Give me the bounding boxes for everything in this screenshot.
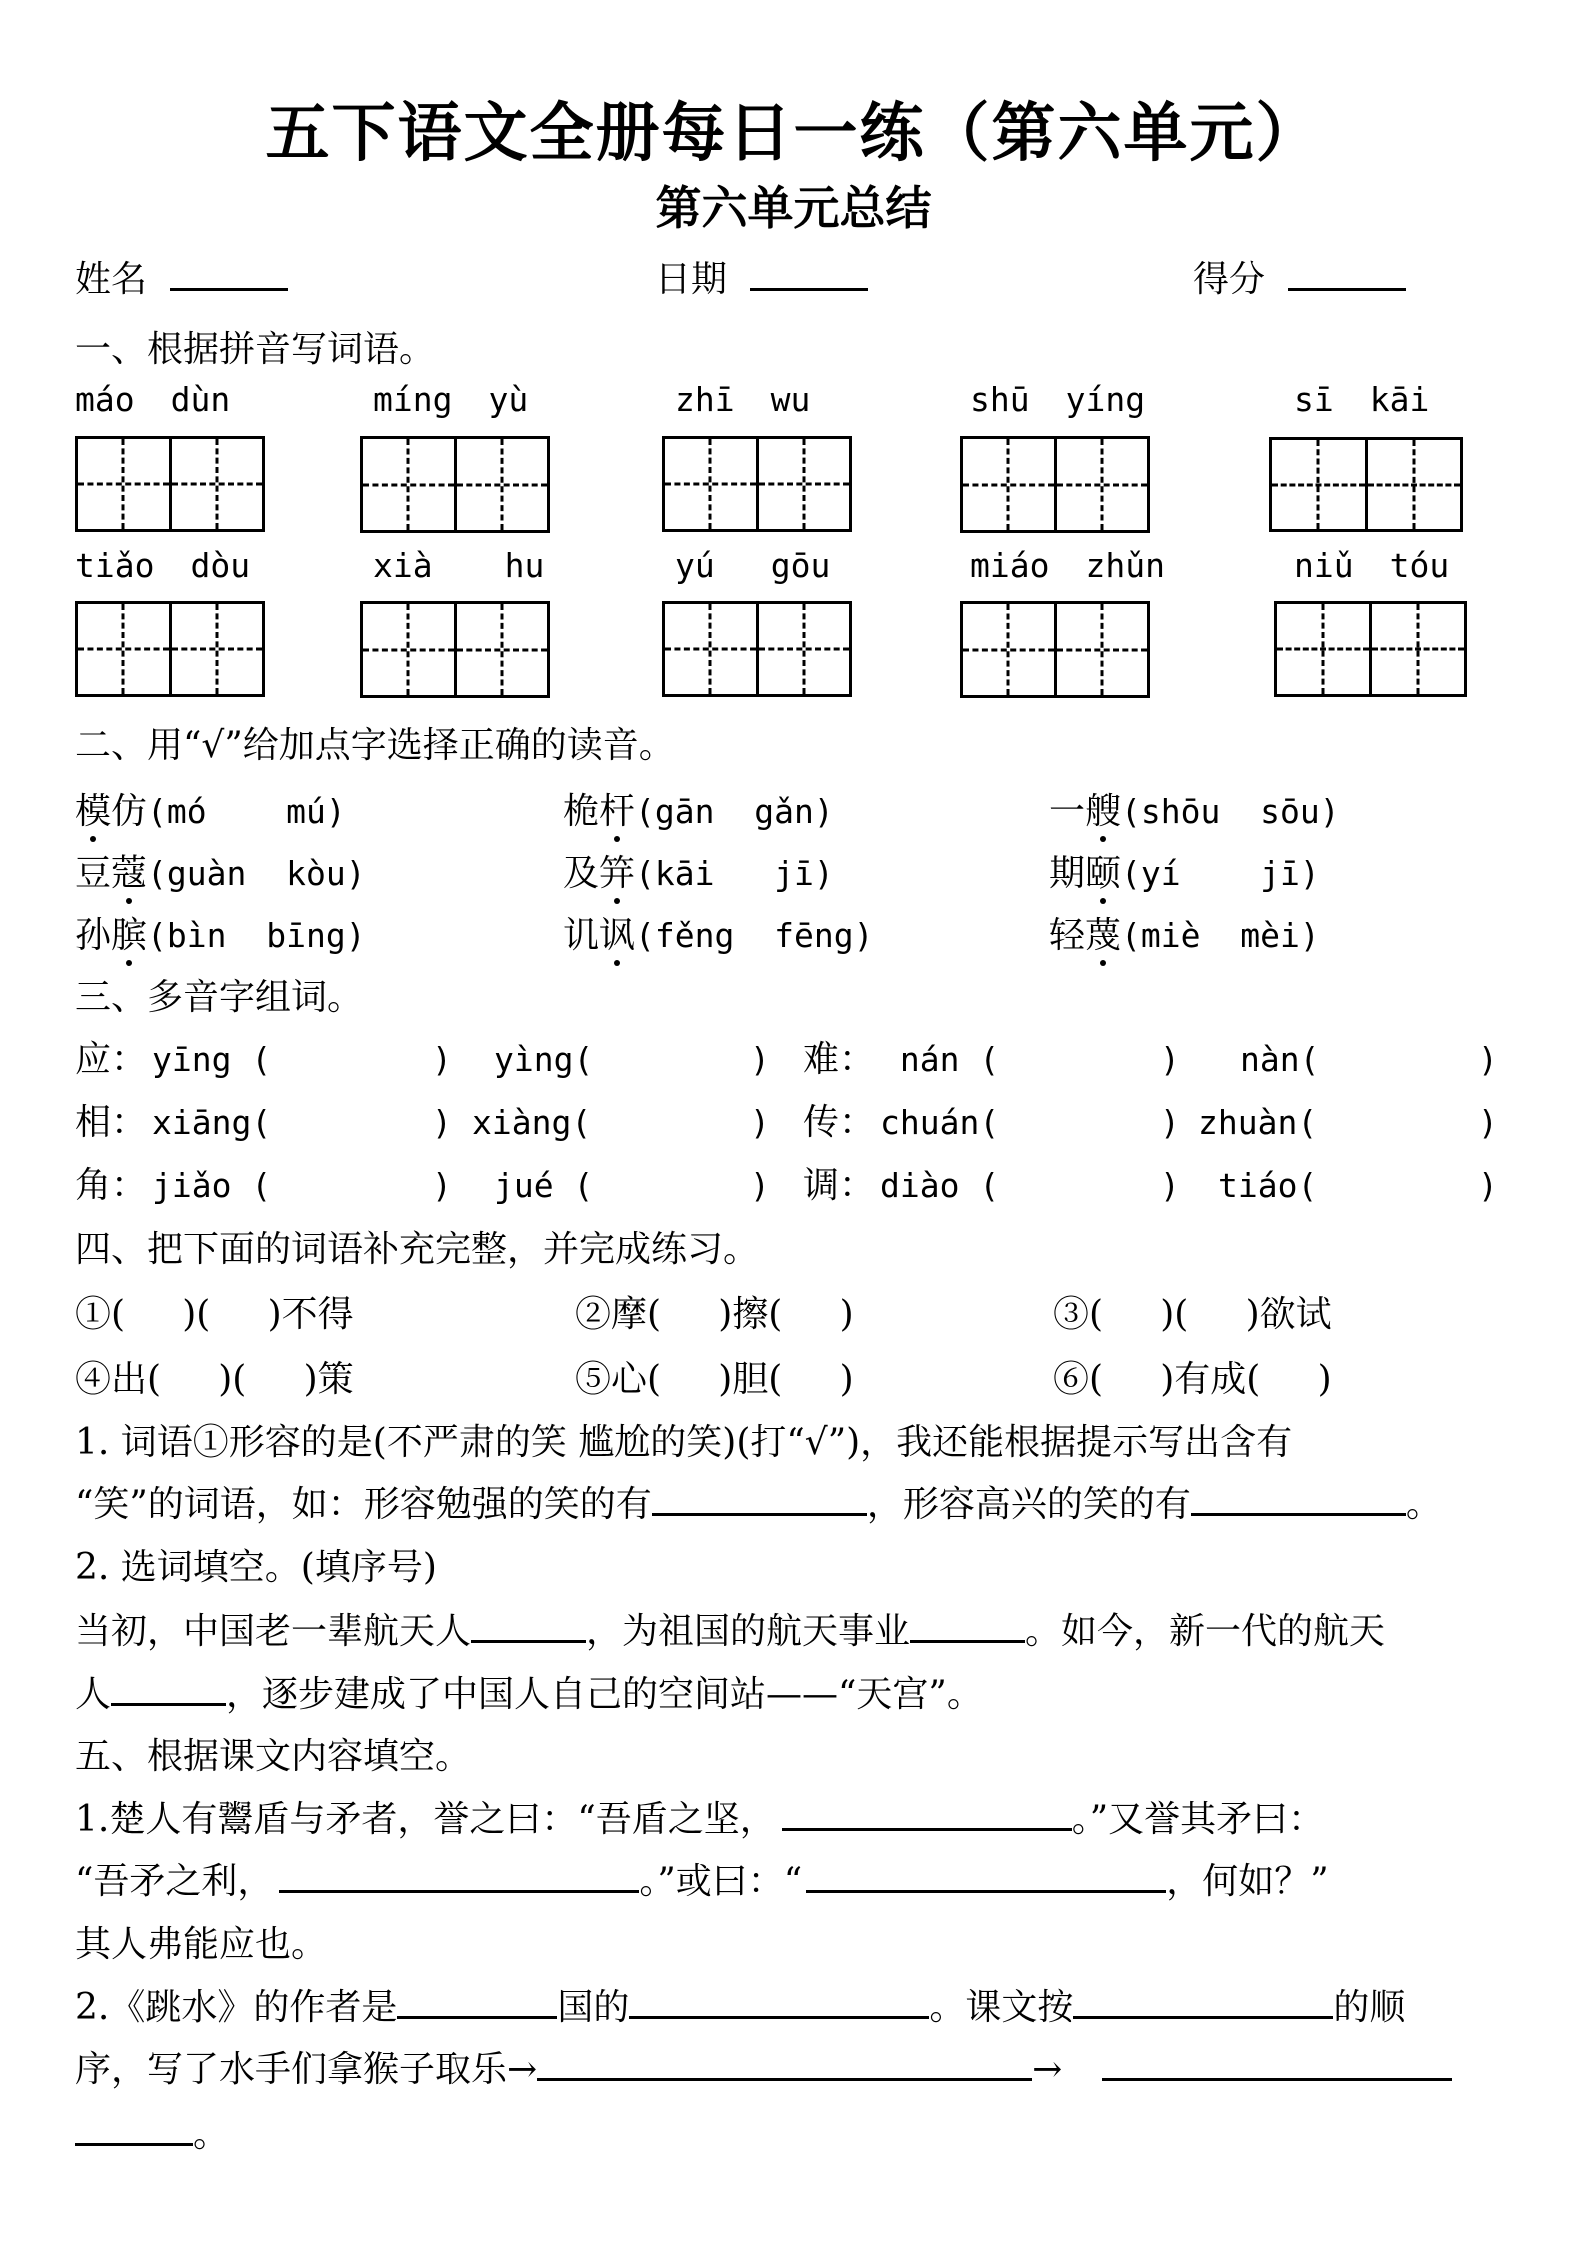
paren-close[interactable]: ) xyxy=(750,1038,770,1082)
idiom-fill[interactable]: ⑤心( )胆( ) xyxy=(575,1358,854,1402)
polyphone-char: 角： xyxy=(75,1164,147,1208)
section4-heading: 四、把下面的词语补充完整，并完成练习。 xyxy=(75,1228,759,1272)
question-text: “笑”的词语，如：形容勉强的笑的有，形容高兴的笑的有。 xyxy=(75,1483,1442,1527)
paren-close[interactable]: ) xyxy=(432,1038,452,1082)
reading-choice-item[interactable]: 轻蔑(miè mèi) xyxy=(1049,914,1320,958)
paren-close[interactable]: ) xyxy=(432,1164,452,1208)
writing-grid[interactable] xyxy=(360,436,550,533)
reading-choice-item[interactable]: 及笄(kāi jī) xyxy=(563,852,834,896)
polyphone-reading: xiāng( xyxy=(152,1101,271,1145)
idiom-fill[interactable]: ⑥( )有成( ) xyxy=(1053,1358,1332,1402)
section1-heading: 一、根据拼音写词语。 xyxy=(75,328,435,372)
reading-choice-item[interactable]: 讥讽(fěng fēng) xyxy=(563,914,873,958)
answer-blank[interactable] xyxy=(629,1986,929,2019)
polyphone-reading: yīng ( xyxy=(152,1038,271,1082)
writing-grid[interactable] xyxy=(662,436,852,532)
writing-grid[interactable] xyxy=(960,601,1150,698)
polyphone-reading: nàn( xyxy=(1240,1038,1319,1082)
pinyin-label: miáozhǔn xyxy=(970,546,1165,585)
reading-choice-item[interactable]: 模仿(mó mú) xyxy=(75,790,346,834)
writing-grid[interactable] xyxy=(360,601,550,698)
polyphone-reading: jué ( xyxy=(494,1164,593,1208)
pinyin-label: xiàhu xyxy=(373,546,544,585)
polyphone-char: 相： xyxy=(75,1101,147,1145)
paren-close[interactable]: ) xyxy=(1478,1038,1498,1082)
question-text: “吾矛之利，。”或曰：“，何如？” xyxy=(75,1860,1329,1904)
writing-grid[interactable] xyxy=(75,601,265,697)
writing-grid[interactable] xyxy=(1274,601,1467,697)
idiom-fill[interactable]: ③( )( )欲试 xyxy=(1053,1293,1332,1337)
pinyin-label: sīkāi xyxy=(1294,380,1429,419)
paren-close[interactable]: ) xyxy=(1478,1164,1498,1208)
page-subtitle: 第六单元总结 xyxy=(0,172,1587,238)
section5-heading: 五、根据课文内容填空。 xyxy=(75,1735,471,1779)
polyphone-char: 应： xyxy=(75,1038,147,1082)
pinyin-label: shūyíng xyxy=(970,380,1145,419)
date-blank[interactable] xyxy=(750,258,868,291)
polyphone-char: 调： xyxy=(803,1164,875,1208)
answer-blank[interactable] xyxy=(1191,1483,1406,1516)
question-text: 2.《跳水》的作者是国的。课文按的顺 xyxy=(75,1986,1405,2030)
polyphone-reading: yìng( xyxy=(494,1038,593,1082)
writing-grid[interactable] xyxy=(662,601,852,697)
writing-grid[interactable] xyxy=(75,436,265,532)
pinyin-label: tiǎodòu xyxy=(75,546,250,585)
paren-close[interactable]: ) xyxy=(750,1164,770,1208)
answer-blank[interactable] xyxy=(471,1610,586,1643)
answer-blank[interactable] xyxy=(1073,1986,1333,2019)
idiom-fill[interactable]: ④出( )( )策 xyxy=(75,1358,354,1402)
polyphone-reading: chuán( xyxy=(880,1101,999,1145)
answer-blank[interactable] xyxy=(1102,2048,1452,2081)
name-field: 姓名 xyxy=(75,258,288,302)
polyphone-reading: nán ( xyxy=(880,1038,999,1082)
question-text: 。 xyxy=(75,2113,229,2157)
polyphone-reading: zhuàn( xyxy=(1198,1101,1317,1145)
date-field: 日期 xyxy=(655,258,868,302)
score-blank[interactable] xyxy=(1288,258,1406,291)
score-label: 得分 xyxy=(1193,259,1265,300)
answer-blank[interactable] xyxy=(537,2048,1032,2081)
polyphone-reading: tiáo( xyxy=(1218,1164,1317,1208)
page-title: 五下语文全册每日一练（第六单元） xyxy=(0,82,1587,174)
answer-blank[interactable] xyxy=(111,1673,226,1706)
section3-heading: 三、多音字组词。 xyxy=(75,976,363,1020)
polyphone-char: 难： xyxy=(803,1038,875,1082)
paren-close[interactable]: ) xyxy=(1160,1164,1180,1208)
pinyin-label: yúgōu xyxy=(675,546,830,585)
polyphone-reading: diào ( xyxy=(880,1164,999,1208)
polyphone-reading: xiàng( xyxy=(472,1101,591,1145)
pinyin-label: niǔtóu xyxy=(1294,546,1449,585)
reading-choice-item[interactable]: 孙膑(bìn bīng) xyxy=(75,914,366,958)
writing-grid[interactable] xyxy=(960,436,1150,533)
idiom-fill[interactable]: ②摩( )擦( ) xyxy=(575,1293,854,1337)
name-blank[interactable] xyxy=(170,258,288,291)
idiom-fill[interactable]: ①( )( )不得 xyxy=(75,1293,354,1337)
answer-blank[interactable] xyxy=(279,1860,639,1893)
date-label: 日期 xyxy=(655,259,727,300)
name-label: 姓名 xyxy=(75,259,147,300)
answer-blank[interactable] xyxy=(806,1860,1166,1893)
question-text: 序，写了水手们拿猴子取乐→→ xyxy=(75,2048,1452,2092)
paren-close[interactable]: ) xyxy=(1160,1101,1180,1145)
reading-choice-item[interactable]: 一艘(shōu sōu) xyxy=(1049,790,1340,834)
paren-close[interactable]: ) xyxy=(432,1101,452,1145)
question-text: 其人弗能应也。 xyxy=(75,1923,327,1967)
answer-blank[interactable] xyxy=(75,2113,193,2146)
question-text: 1.楚人有鬻盾与矛者，誉之曰：“吾盾之坚，。”又誉其矛曰： xyxy=(75,1798,1324,1842)
polyphone-reading: jiǎo ( xyxy=(152,1164,271,1208)
question-text: 1. 词语①形容的是(不严肃的笑 尴尬的笑)(打“√”)，我还能根据提示写出含有 xyxy=(75,1421,1292,1465)
question-text: 当初，中国老一辈航天人，为祖国的航天事业。如今，新一代的航天 xyxy=(75,1610,1385,1654)
question-text: 2. 选词填空。(填序号) xyxy=(75,1546,437,1590)
reading-choice-item[interactable]: 桅杆(gān gǎn) xyxy=(563,790,834,834)
answer-blank[interactable] xyxy=(910,1610,1025,1643)
reading-choice-item[interactable]: 豆蔻(guàn kòu) xyxy=(75,852,366,896)
score-field: 得分 xyxy=(1193,258,1406,302)
paren-close[interactable]: ) xyxy=(1478,1101,1498,1145)
paren-close[interactable]: ) xyxy=(750,1101,770,1145)
answer-blank[interactable] xyxy=(782,1798,1072,1831)
section2-heading: 二、用“√”给加点字选择正确的读音。 xyxy=(75,724,675,768)
pinyin-label: máodùn xyxy=(75,380,230,419)
answer-blank[interactable] xyxy=(652,1483,867,1516)
writing-grid[interactable] xyxy=(1269,437,1463,532)
pinyin-label: míngyù xyxy=(373,380,528,419)
question-text: 人，逐步建成了中国人自己的空间站——“天宫”。 xyxy=(75,1673,983,1717)
paren-close[interactable]: ) xyxy=(1160,1038,1180,1082)
answer-blank[interactable] xyxy=(397,1986,557,2019)
reading-choice-item[interactable]: 期颐(yí jī) xyxy=(1049,852,1320,896)
polyphone-char: 传： xyxy=(803,1101,875,1145)
pinyin-label: zhīwu xyxy=(675,380,810,419)
